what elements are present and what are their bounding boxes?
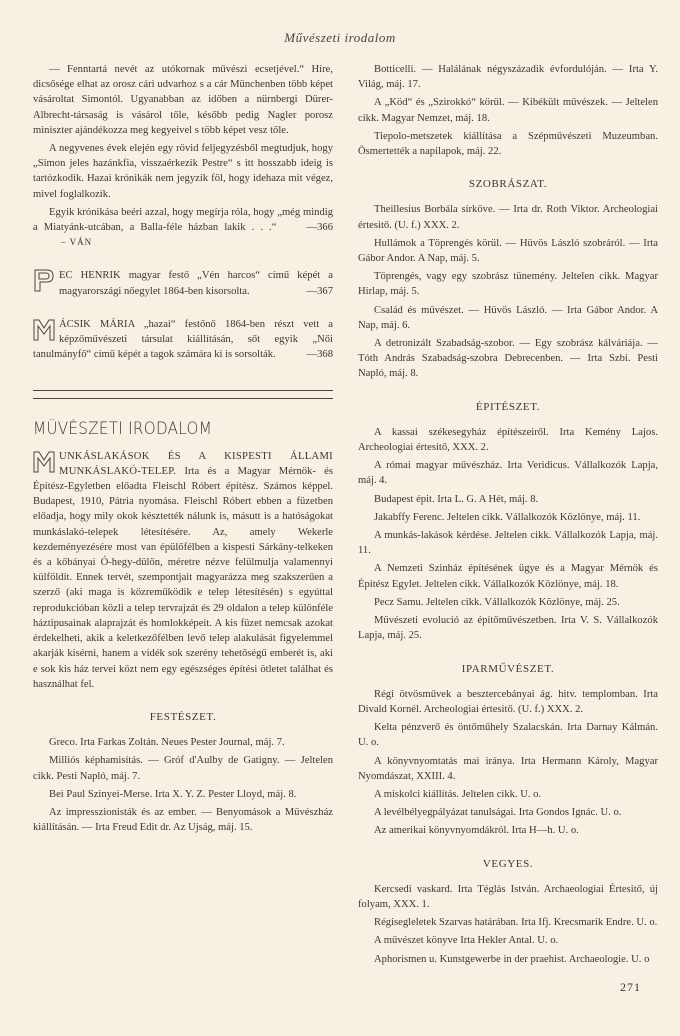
bibliography-entry: Aphorismen u. Kunstgewerbe in der praehi…: [358, 952, 658, 967]
biography-entry: EC HENRIK magyar festő „Vén harcos“ című…: [33, 268, 333, 298]
left-column: — Fenntartá nevét az utókornak művészi e…: [33, 62, 333, 838]
bibliography-entry: Tiepolo-metszetek kiállítása a Szépművés…: [358, 129, 658, 159]
running-head: Művészeti irodalom: [0, 30, 680, 46]
bibliography-entry: Hullámok a Töprengés körül. — Hüvös Lász…: [358, 236, 658, 266]
bibliography-entry: Pecz Samu. Jeltelen cikk. Vállalkozók Kö…: [358, 595, 658, 610]
bibliography-entry: Régisegleletek Szarvas határában. Irta I…: [358, 915, 658, 930]
paragraph: A negyvenes évek elején egy rövid feljeg…: [33, 141, 333, 202]
entry-number: —367: [307, 284, 333, 299]
entry-number: —366: [307, 222, 333, 233]
entry-number: —368: [307, 347, 333, 362]
bibliography-entry: A levélbélyegpályázat tanulságai. Irta G…: [358, 805, 658, 820]
bibliography-entry: A munkás-lakások kérdése. Jeltelen cikk.…: [358, 528, 658, 558]
bibliography-entry: A könyvnyomtatás mai iránya. Irta Herman…: [358, 754, 658, 784]
section-heading-vegyes: VEGYES.: [358, 857, 658, 872]
entry-text: EC HENRIK magyar festő „Vén harcos“ című…: [59, 270, 333, 296]
decorative-initial-m-icon: [33, 318, 55, 342]
bibliography-entry: A „Köd“ és „Szirokkó“ körül. — Kibékült …: [358, 95, 658, 125]
bibliography-entry: A római magyar művészház. Irta Veridicus…: [358, 458, 658, 488]
section-heading-szobraszat: SZOBRÁSZAT.: [358, 177, 658, 192]
section-heading-iparmuveszet: IPARMŰVÉSZET.: [358, 662, 658, 677]
decorative-initial-p-icon: [33, 269, 55, 293]
document-page: Művészeti irodalom — Fenntartá nevét az …: [0, 0, 680, 1036]
right-column: Botticelli. — Halálának négyszázadik évf…: [358, 62, 658, 970]
entry-text: ÁCSIK MÁRIA „hazai“ festőnő 1864-ben rés…: [33, 319, 333, 360]
bibliography-entry: Régi ötvösművek a besztercebányai ág. hi…: [358, 687, 658, 717]
bibliography-entry: Greco. Irta Farkas Zoltán. Neues Pester …: [33, 735, 333, 750]
bibliography-entry: A Nemzeti Szinház építésének ügye és a M…: [358, 561, 658, 591]
bibliography-entry: A detronizált Szabadság-szobor. — Egy sz…: [358, 336, 658, 382]
signature: – VÁN: [61, 237, 92, 247]
bibliography-entry: Töprengés, vagy egy szobrász tünemény. J…: [358, 269, 658, 299]
section-divider: [33, 390, 333, 399]
paragraph: Egyik krónikása beéri azzal, hogy megírj…: [33, 205, 333, 251]
bibliography-entry: Az impresszionisták és az ember. — Benyo…: [33, 805, 333, 835]
bibliography-entry: Milliós képhamisítás. — Gróf d'Aulby de …: [33, 753, 333, 783]
lead-article: UNKÁSLAKÁSOK ÉS A KISPESTI ÁLLAMI MUNKÁS…: [33, 449, 333, 692]
paragraph-text: Egyik krónikása beéri azzal, hogy megírj…: [33, 207, 333, 233]
decorative-initial-m-icon: [33, 450, 55, 474]
bibliography-entry: Család és művészet. — Hüvös László. — Ir…: [358, 303, 658, 333]
bibliography-entry: Bei Paul Szinyei-Merse. Irta X. Y. Z. Pe…: [33, 787, 333, 802]
bibliography-entry: Botticelli. — Halálának négyszázadik évf…: [358, 62, 658, 92]
bibliography-entry: Kercsedi vaskard. Irta Téglás István. Ar…: [358, 882, 658, 912]
section-title: MŰVÉSZETI IRODALOM: [33, 421, 309, 436]
biography-entry: ÁCSIK MÁRIA „hazai“ festőnő 1864-ben rés…: [33, 317, 333, 363]
bibliography-entry: Művészeti evolució az építőművészetben. …: [358, 613, 658, 643]
bibliography-entry: Theillesius Borbála sírköve. — Irta dr. …: [358, 202, 658, 232]
bibliography-entry: A művészet könyve Irta Hekler Antal. U. …: [358, 933, 658, 948]
paragraph: — Fenntartá nevét az utókornak művészi e…: [33, 62, 333, 138]
bibliography-entry: Budapest épit. Irta L. G. A Hét, máj. 8.: [358, 492, 658, 507]
bibliography-entry: A miskolci kiállítás. Jeltelen cikk. U. …: [358, 787, 658, 802]
page-number: 271: [620, 980, 641, 995]
bibliography-entry: A kassai székesegyház építészeiről. Irta…: [358, 425, 658, 455]
article-text: Irta és a Magyar Mérnök- és Építész-Egyl…: [33, 466, 333, 690]
bibliography-entry: Jakabffy Ferenc. Jeltelen cikk. Vállalko…: [358, 510, 658, 525]
bibliography-entry: Az amerikai könyvnyomdákról. Irta H—h. U…: [358, 823, 658, 838]
section-heading-epiteszet: ÉPITÉSZET.: [358, 400, 658, 415]
bibliography-entry: Kelta pénzverő és öntőműhely Szalacskán.…: [358, 720, 658, 750]
section-heading-festeszet: FESTÉSZET.: [33, 710, 333, 725]
